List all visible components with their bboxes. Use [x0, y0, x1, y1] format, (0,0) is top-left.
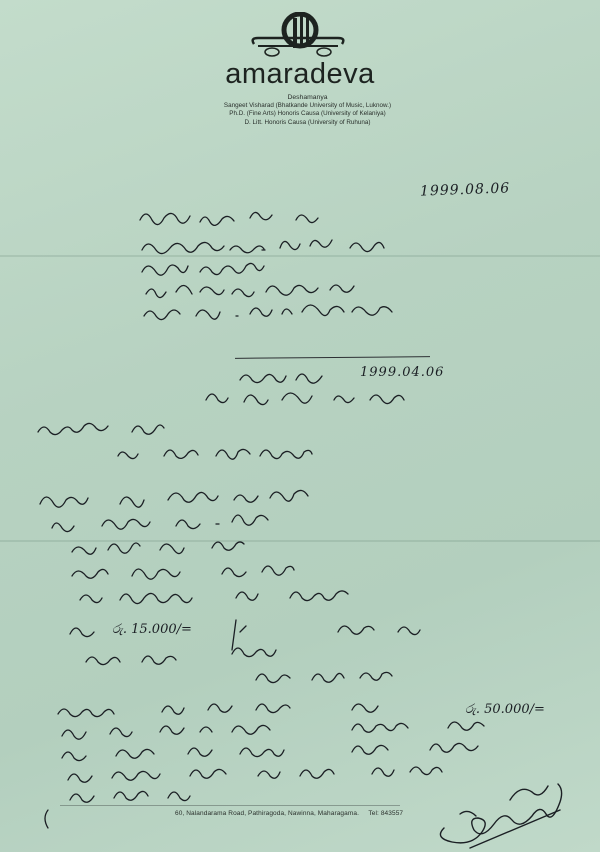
inline-date: 1999.04.06 — [360, 365, 444, 380]
handwritten-signature-icon — [430, 770, 580, 850]
amount-50000: රු. 50.000/= — [465, 702, 545, 717]
footer-telephone: Tel: 843557 — [368, 810, 403, 817]
handwritten-body — [0, 0, 600, 852]
footer-rule — [60, 805, 400, 806]
footer-address: 60, Nalandarama Road, Pathiragoda, Nawin… — [175, 810, 359, 817]
amount-15000: රු. 15.000/= — [112, 622, 192, 637]
letterhead-footer: 60, Nalandarama Road, Pathiragoda, Nawin… — [175, 810, 403, 817]
letter-paper: amaradeva Deshamanya Sangeet Visharad (B… — [0, 0, 600, 852]
